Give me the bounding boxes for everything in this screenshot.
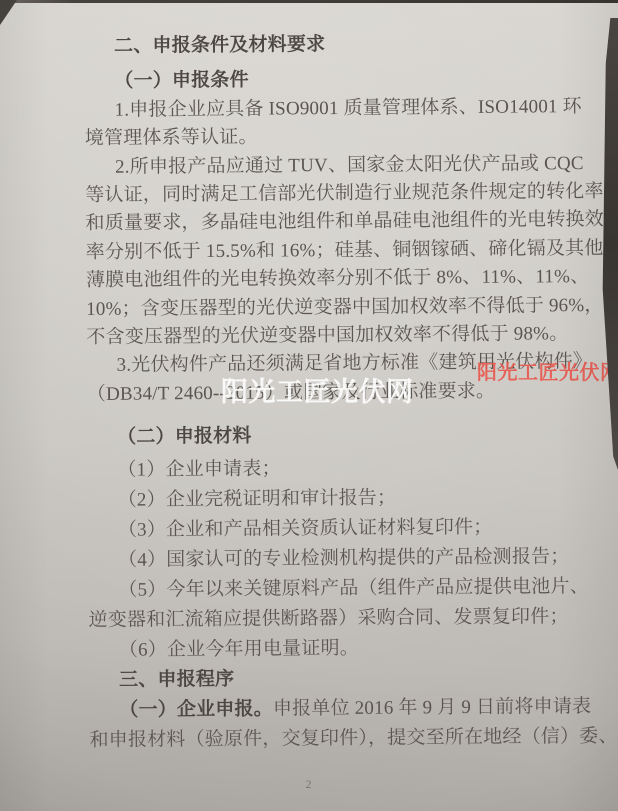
doc-line-text: （4）国家认可的专业检测机构提供的产品检测报告；: [118, 546, 569, 571]
doc-line: 2.所申报产品应通过 TUV、国家金太阳光伏产品或 CQC: [85, 150, 597, 182]
doc-line-text: （3）企业和产品相关资质认证材料复印件；: [118, 517, 493, 541]
doc-line: 和申报材料（验原件，交复印件），提交至所在地经（信）委、: [89, 722, 601, 756]
heading-section-2: 二、申报条件及材料要求: [84, 29, 596, 61]
doc-line-text: 率分别不低于 15.5%和 16%；硅基、铜铟镓硒、碲化镉及其他: [86, 238, 604, 263]
doc-line-text: （5）今年以来关键原料产品（组件产品应提供电池片、: [118, 576, 589, 601]
doc-line: 逆变器和汇流箱应提供断路器）采购合同、发票复印件；: [89, 602, 601, 636]
doc-line: 等认证，同时满足工信部光伏制造行业规范条件规定的转化率: [85, 178, 597, 210]
doc-line: 率分别不低于 15.5%和 16%；硅基、铜铟镓硒、碲化镉及其他: [86, 235, 598, 267]
heading-materials: （二）申报材料: [87, 419, 599, 453]
doc-line-text: （一）申报条件: [114, 70, 249, 92]
doc-line-text: 不含变压器型的光伏逆变器中国加权效率不得低于 98%。: [86, 323, 568, 348]
doc-line-text: 境管理体系等认证。: [85, 127, 258, 149]
doc-line-text: （一）企业申报。: [119, 699, 273, 721]
document-page: 二、申报条件及材料要求（一）申报条件1.申报企业应具备 ISO9001 质量管理…: [0, 0, 618, 811]
doc-line: （4）国家认可的专业检测机构提供的产品检测报告；: [88, 542, 600, 576]
page-number: 2: [0, 777, 618, 792]
doc-line: （2）企业完税证明和审计报告；: [88, 482, 600, 516]
heading-conditions: （一）申报条件: [84, 64, 596, 96]
doc-line: （6）企业今年用电量证明。: [89, 632, 601, 666]
doc-line: 和质量要求，多晶硅电池组件和单晶硅电池组件的光电转换效: [85, 206, 597, 238]
doc-line-text: 和申报材料（验原件，交复印件），提交至所在地经（信）委、: [89, 726, 617, 751]
doc-line: 境管理体系等认证。: [85, 121, 597, 153]
doc-line-text: 2.所申报产品应通过 TUV、国家金太阳光伏产品或 CQC: [115, 153, 584, 178]
doc-line-text: 申报单位 2016 年 9 月 9 日前将申请表: [273, 696, 591, 719]
doc-line-text: 二、申报条件及材料要求: [114, 34, 325, 57]
photo-edge-top: [0, 0, 618, 3]
doc-line-text: 薄膜电池组件的光电转换效率分别不低于 8%、11%、11%、: [86, 266, 589, 291]
doc-line-text: 等认证，同时满足工信部光伏制造行业规范条件规定的转化率: [85, 181, 604, 206]
doc-line: （3）企业和产品相关资质认证材料复印件；: [88, 512, 600, 546]
doc-line-text: （二）申报材料: [117, 426, 252, 448]
doc-line-text: 10%；含变压器型的光伏逆变器中国加权效率不得低于 96%，: [86, 294, 604, 319]
doc-line: 薄膜电池组件的光电转换效率分别不低于 8%、11%、11%、: [86, 263, 598, 295]
doc-line-text: （2）企业完税证明和审计报告；: [118, 488, 397, 511]
doc-line: （5）今年以来关键原料产品（组件产品应提供电池片、: [88, 572, 600, 606]
doc-line-text: 逆变器和汇流箱应提供断路器）采购合同、发票复印件；: [89, 606, 569, 631]
doc-line: （1）企业申请表；: [87, 452, 599, 486]
doc-line-text: 1.申报企业应具备 ISO9001 质量管理体系、ISO14001 环: [115, 96, 582, 121]
doc-line-text: 和质量要求，多晶硅电池组件和单晶硅电池组件的光电转换效: [85, 209, 604, 234]
doc-line: 1.申报企业应具备 ISO9001 质量管理体系、ISO14001 环: [85, 93, 597, 125]
doc-line-text: 三、申报程序: [119, 669, 234, 691]
doc-line: （一）企业申报。申报单位 2016 年 9 月 9 日前将申请表: [89, 692, 601, 726]
heading-section-3: 三、申报程序: [89, 662, 601, 696]
doc-line-text: （6）企业今年用电量证明。: [119, 638, 359, 661]
watermark-white: 阳光工匠光伏网: [221, 370, 414, 409]
doc-line: 10%；含变压器型的光伏逆变器中国加权效率不得低于 96%，: [86, 291, 598, 323]
photo-of-document: { "doc": { "page_number": "2", "lines": …: [0, 0, 618, 811]
doc-line-text: （1）企业申请表；: [117, 459, 280, 481]
doc-line: 不含变压器型的光伏逆变器中国加权效率不得低于 98%。: [86, 320, 598, 352]
watermark-red: 阳光工匠光伏网: [477, 356, 618, 385]
